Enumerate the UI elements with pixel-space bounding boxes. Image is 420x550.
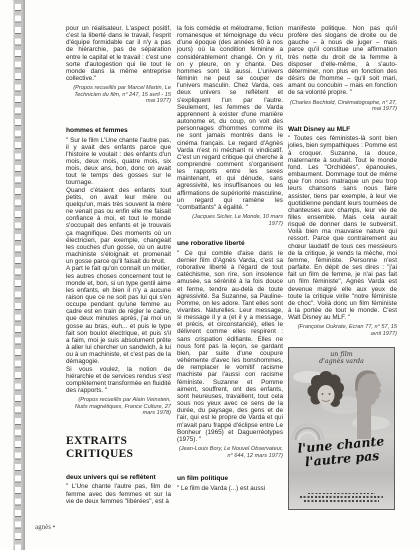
subheading-film-politique: un film politique bbox=[177, 475, 283, 483]
paragraph-enfants-3: A part le fait qu'on connaît un métier, … bbox=[66, 265, 171, 365]
subheading-deux-univers: deux univers qui se reflètent bbox=[66, 474, 171, 482]
paragraph-deux-univers-suite: la fois comédie et mélodrame, fiction ro… bbox=[177, 25, 283, 211]
footer-bullet: • bbox=[53, 523, 55, 531]
poster-artwork bbox=[289, 361, 394, 441]
paragraph-walt-disney-mlf: " Toutes ces féministes-là sont bien jol… bbox=[288, 135, 397, 321]
paragraph-enfants-4: Si vous voulez, la notion de hiérarchie … bbox=[66, 366, 171, 395]
citation-siclier: (Jacques Siclier, Le Monde, 10 mars 1977… bbox=[177, 214, 283, 227]
citation-veinstein: (Propos recueillis par Alain Veinstein, … bbox=[66, 397, 171, 417]
rainbow bbox=[292, 424, 323, 439]
poster-byline-line1: un film bbox=[289, 351, 394, 358]
footer-label: agnès bbox=[35, 523, 51, 531]
section-title-extraits-critiques: EXTRAITS CRITIQUES bbox=[66, 435, 171, 461]
paragraph-film-politique: " Le film de Varda (...) est aussi bbox=[177, 485, 283, 492]
paragraph-enfants-1: " Sur le film L'Une chante l'autre pas, … bbox=[66, 137, 171, 187]
citation-bory: (Jean-Louis Bory, Le Nouvel Observateur,… bbox=[177, 446, 283, 459]
citation-oukrate: (Françoise Oukrate, Ecran 77, n° 57, 15 … bbox=[288, 324, 397, 337]
film-poster: un film d'agnès varda bbox=[288, 347, 395, 510]
binding-holes bbox=[15, 4, 21, 550]
paragraph-film-politique-suite: manifeste politique. Non pas qu'il profè… bbox=[288, 25, 397, 97]
column-middle: la fois comédie et mélodrame, fiction ro… bbox=[177, 25, 283, 492]
citation-bechtold: (Charles Bechtold, Cinématographe, n° 27… bbox=[288, 100, 397, 113]
subheading-hommes-et-femmes: hommes et femmes bbox=[66, 127, 171, 135]
subheading-roborative-liberte: une roborative liberté bbox=[177, 240, 283, 248]
citation-martin: (Propos recueillis par Marcel Martin, Le… bbox=[66, 85, 171, 105]
page-footer: agnès • bbox=[35, 523, 55, 531]
paragraph-roborative-liberte: " Ce qui comble d'aise dans le dernier f… bbox=[177, 250, 283, 443]
scanned-pressbook-page: pour un réalisateur. L'aspect positif, c… bbox=[0, 0, 420, 550]
poster-credits-smallprint bbox=[298, 491, 384, 504]
column-right: manifeste politique. Non pas qu'il profè… bbox=[288, 25, 397, 510]
paragraph-deux-univers: " L'Une chante l'autre pas, film de femm… bbox=[66, 483, 171, 504]
paragraph-enfants-2: Quand c'étaient des enfants tout petits,… bbox=[66, 187, 171, 266]
paragraph-opening: pour un réalisateur. L'aspect positif, c… bbox=[66, 25, 171, 82]
spiral-binding-strip bbox=[13, 0, 25, 550]
subheading-walt-disney-mlf: Walt Disney au MLF bbox=[288, 126, 397, 134]
column-left: pour un réalisateur. L'aspect positif, c… bbox=[66, 25, 171, 505]
